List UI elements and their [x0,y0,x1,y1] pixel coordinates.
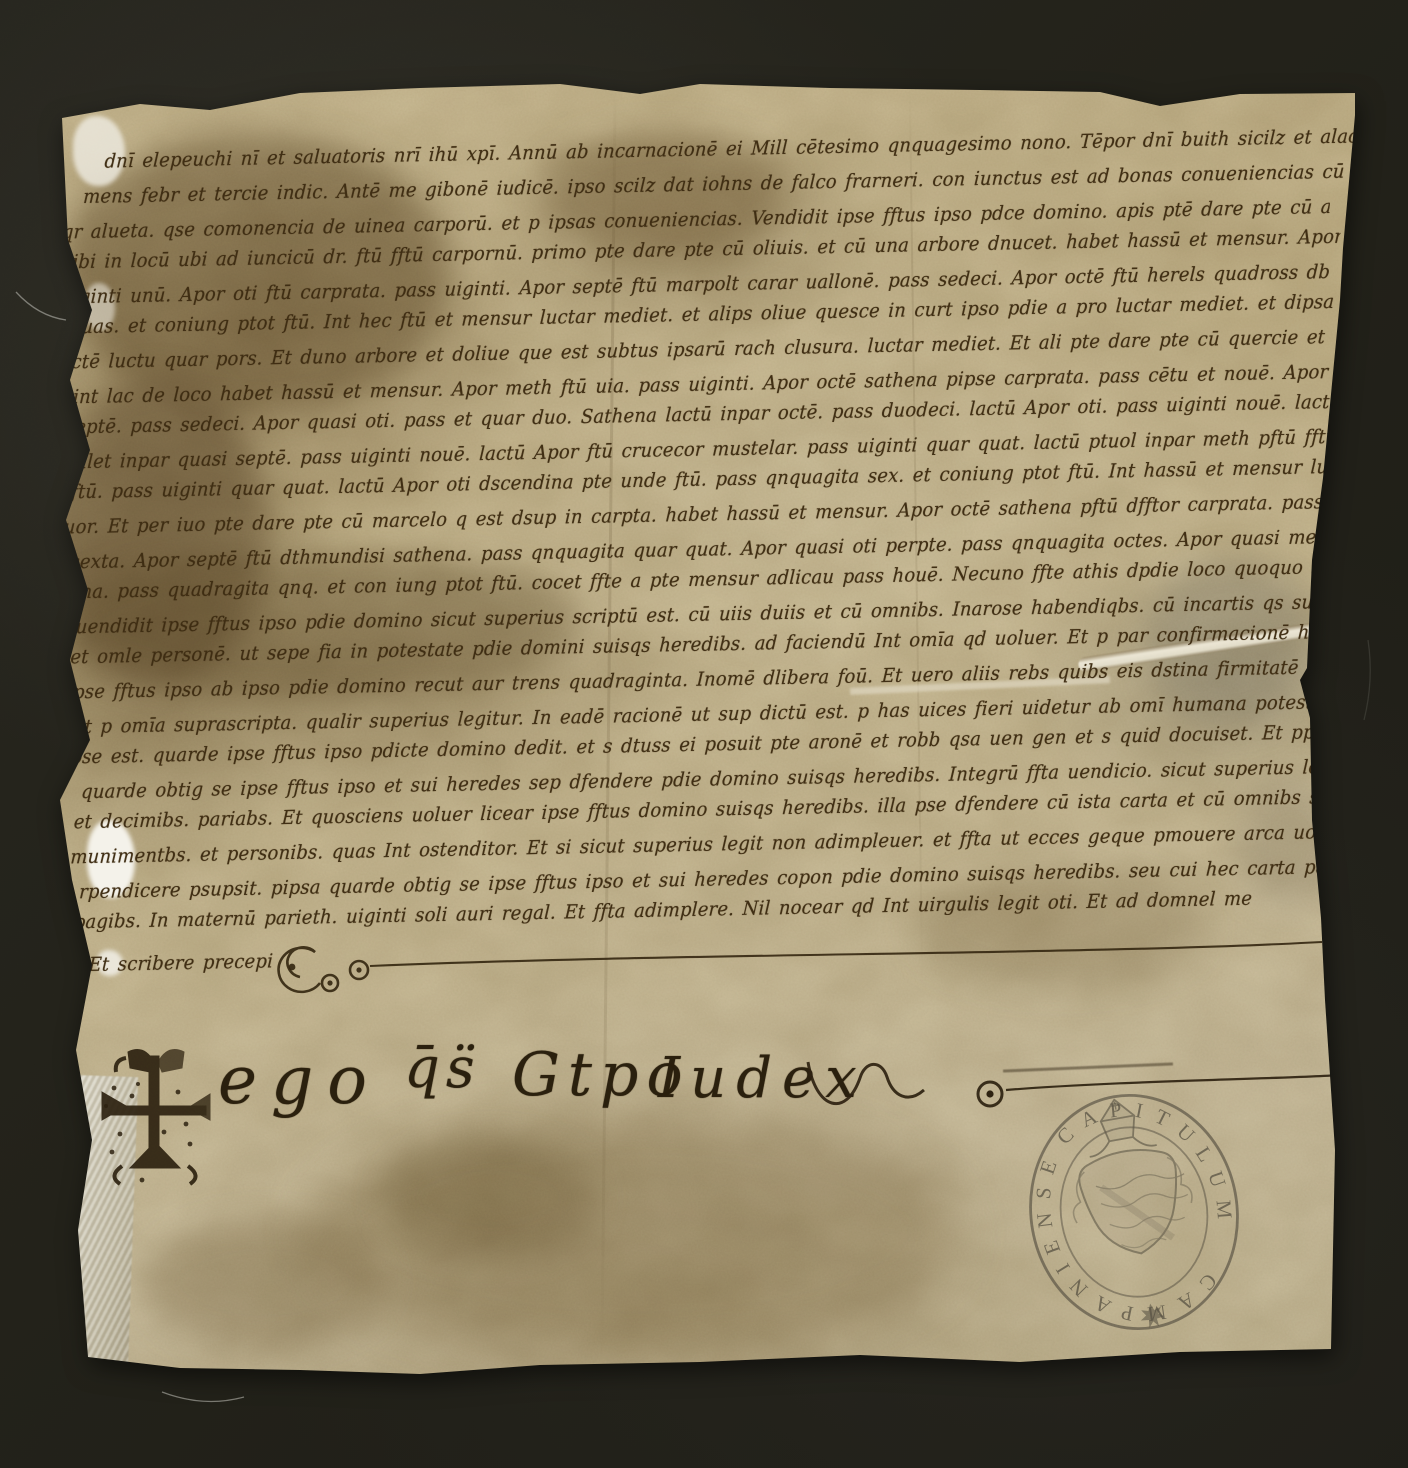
closing-flourish [258,925,1348,1005]
notary-cross-monogram [92,1048,222,1188]
stamp-shield-icon [1064,1141,1200,1264]
signature-word: q̄s̈ [404,1036,481,1101]
parchment-document: dnī elepeuchi nī et saluatoris nrī ihū x… [55,78,1355,1390]
photo-background: dnī elepeuchi nī et saluatoris nrī ihū x… [0,0,1408,1468]
signature-word: ego [218,1042,381,1119]
parchment-surface: dnī elepeuchi nī et saluatoris nrī ihū x… [55,78,1355,1390]
manuscript-closing-line: Et scribere precepi [88,952,273,975]
archive-stamp: CAPITULUM CAMPANIENSE [1004,1062,1268,1362]
